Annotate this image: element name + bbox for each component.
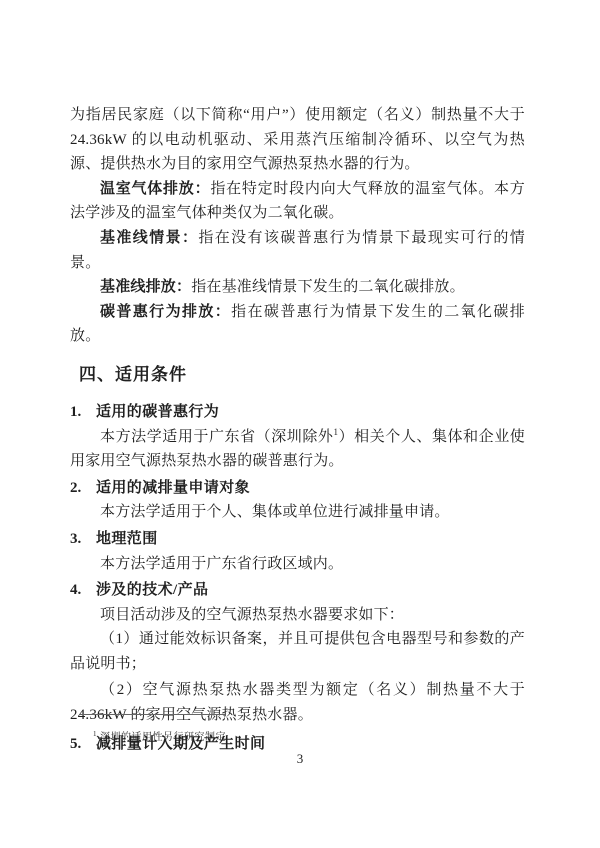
definition-term: 基准线排放： <box>100 279 191 295</box>
footnote-divider <box>80 714 225 715</box>
definition-baseline-scenario: 基准线情景：指在没有该碳普惠行为情景下最现实可行的情景。 <box>70 226 525 275</box>
item-heading-text: 涉及的技术/产品 <box>96 578 208 603</box>
item-1-body: 本方法学适用于广东省（深圳除外1）相关个人、集体和企业使用家用空气源热泵热水器的… <box>70 425 525 474</box>
footnote: 1深圳的适用性另行研究制定 <box>80 728 525 743</box>
page-number: 3 <box>0 751 600 767</box>
footnote-text-content: 深圳的适用性另行研究制定 <box>100 732 226 743</box>
definition-carbon-inclusive-behavior-emissions: 碳普惠行为排放：指在碳普惠行为情景下发生的二氧化碳排放。 <box>70 300 525 349</box>
section-title-applicability-conditions: 四、适用条件 <box>70 363 525 387</box>
item-4-requirement-1: （1）通过能效标识备案，并且可提供包含电器型号和参数的产品说明书； <box>70 627 525 676</box>
item-heading-text: 适用的碳普惠行为 <box>96 400 219 425</box>
item-3-geographic-scope: 3.地理范围 本方法学适用于广东省行政区域内。 <box>70 527 525 576</box>
definition-term: 温室气体排放： <box>100 181 210 197</box>
item-4-body-intro: 项目活动涉及的空气源热泵热水器要求如下： <box>70 603 525 628</box>
item-2-body: 本方法学适用于个人、集体或单位进行减排量申请。 <box>70 500 525 525</box>
item-3-body: 本方法学适用于广东省行政区域内。 <box>70 552 525 577</box>
definition-term: 碳普惠行为排放： <box>100 304 231 320</box>
item-number: 4. <box>70 578 96 603</box>
intro-paragraph: 为指居民家庭（以下简称“用户”）使用额定（名义）制热量不大于 24.36kW 的… <box>70 103 525 177</box>
item-3-heading: 3.地理范围 <box>70 527 525 552</box>
footnote-area: 1深圳的适用性另行研究制定 <box>80 714 525 743</box>
definition-baseline-emissions: 基准线排放：指在基准线情景下发生的二氧化碳排放。 <box>70 275 525 300</box>
definition-term: 基准线情景： <box>100 230 198 246</box>
item-4-technology-products: 4.涉及的技术/产品 项目活动涉及的空气源热泵热水器要求如下： （1）通过能效标… <box>70 578 525 728</box>
item-number: 2. <box>70 476 96 501</box>
footnote-marker: 1 <box>93 730 97 738</box>
item-heading-text: 适用的减排量申请对象 <box>96 476 250 501</box>
definition-text: 指在基准线情景下发生的二氧化碳排放。 <box>191 279 465 295</box>
item-number: 3. <box>70 527 96 552</box>
item-2-heading: 2.适用的减排量申请对象 <box>70 476 525 501</box>
item-4-heading: 4.涉及的技术/产品 <box>70 578 525 603</box>
item-number: 1. <box>70 400 96 425</box>
item-1-heading: 1.适用的碳普惠行为 <box>70 400 525 425</box>
definition-greenhouse-gas-emissions: 温室气体排放：指在特定时段内向大气释放的温室气体。本方法学涉及的温室气体种类仅为… <box>70 177 525 226</box>
item-1-body-before: 本方法学适用于广东省（深圳除外 <box>100 429 334 445</box>
item-heading-text: 地理范围 <box>96 527 158 552</box>
item-1-applicable-behavior: 1.适用的碳普惠行为 本方法学适用于广东省（深圳除外1）相关个人、集体和企业使用… <box>70 400 525 474</box>
item-2-applicable-applicants: 2.适用的减排量申请对象 本方法学适用于个人、集体或单位进行减排量申请。 <box>70 476 525 525</box>
